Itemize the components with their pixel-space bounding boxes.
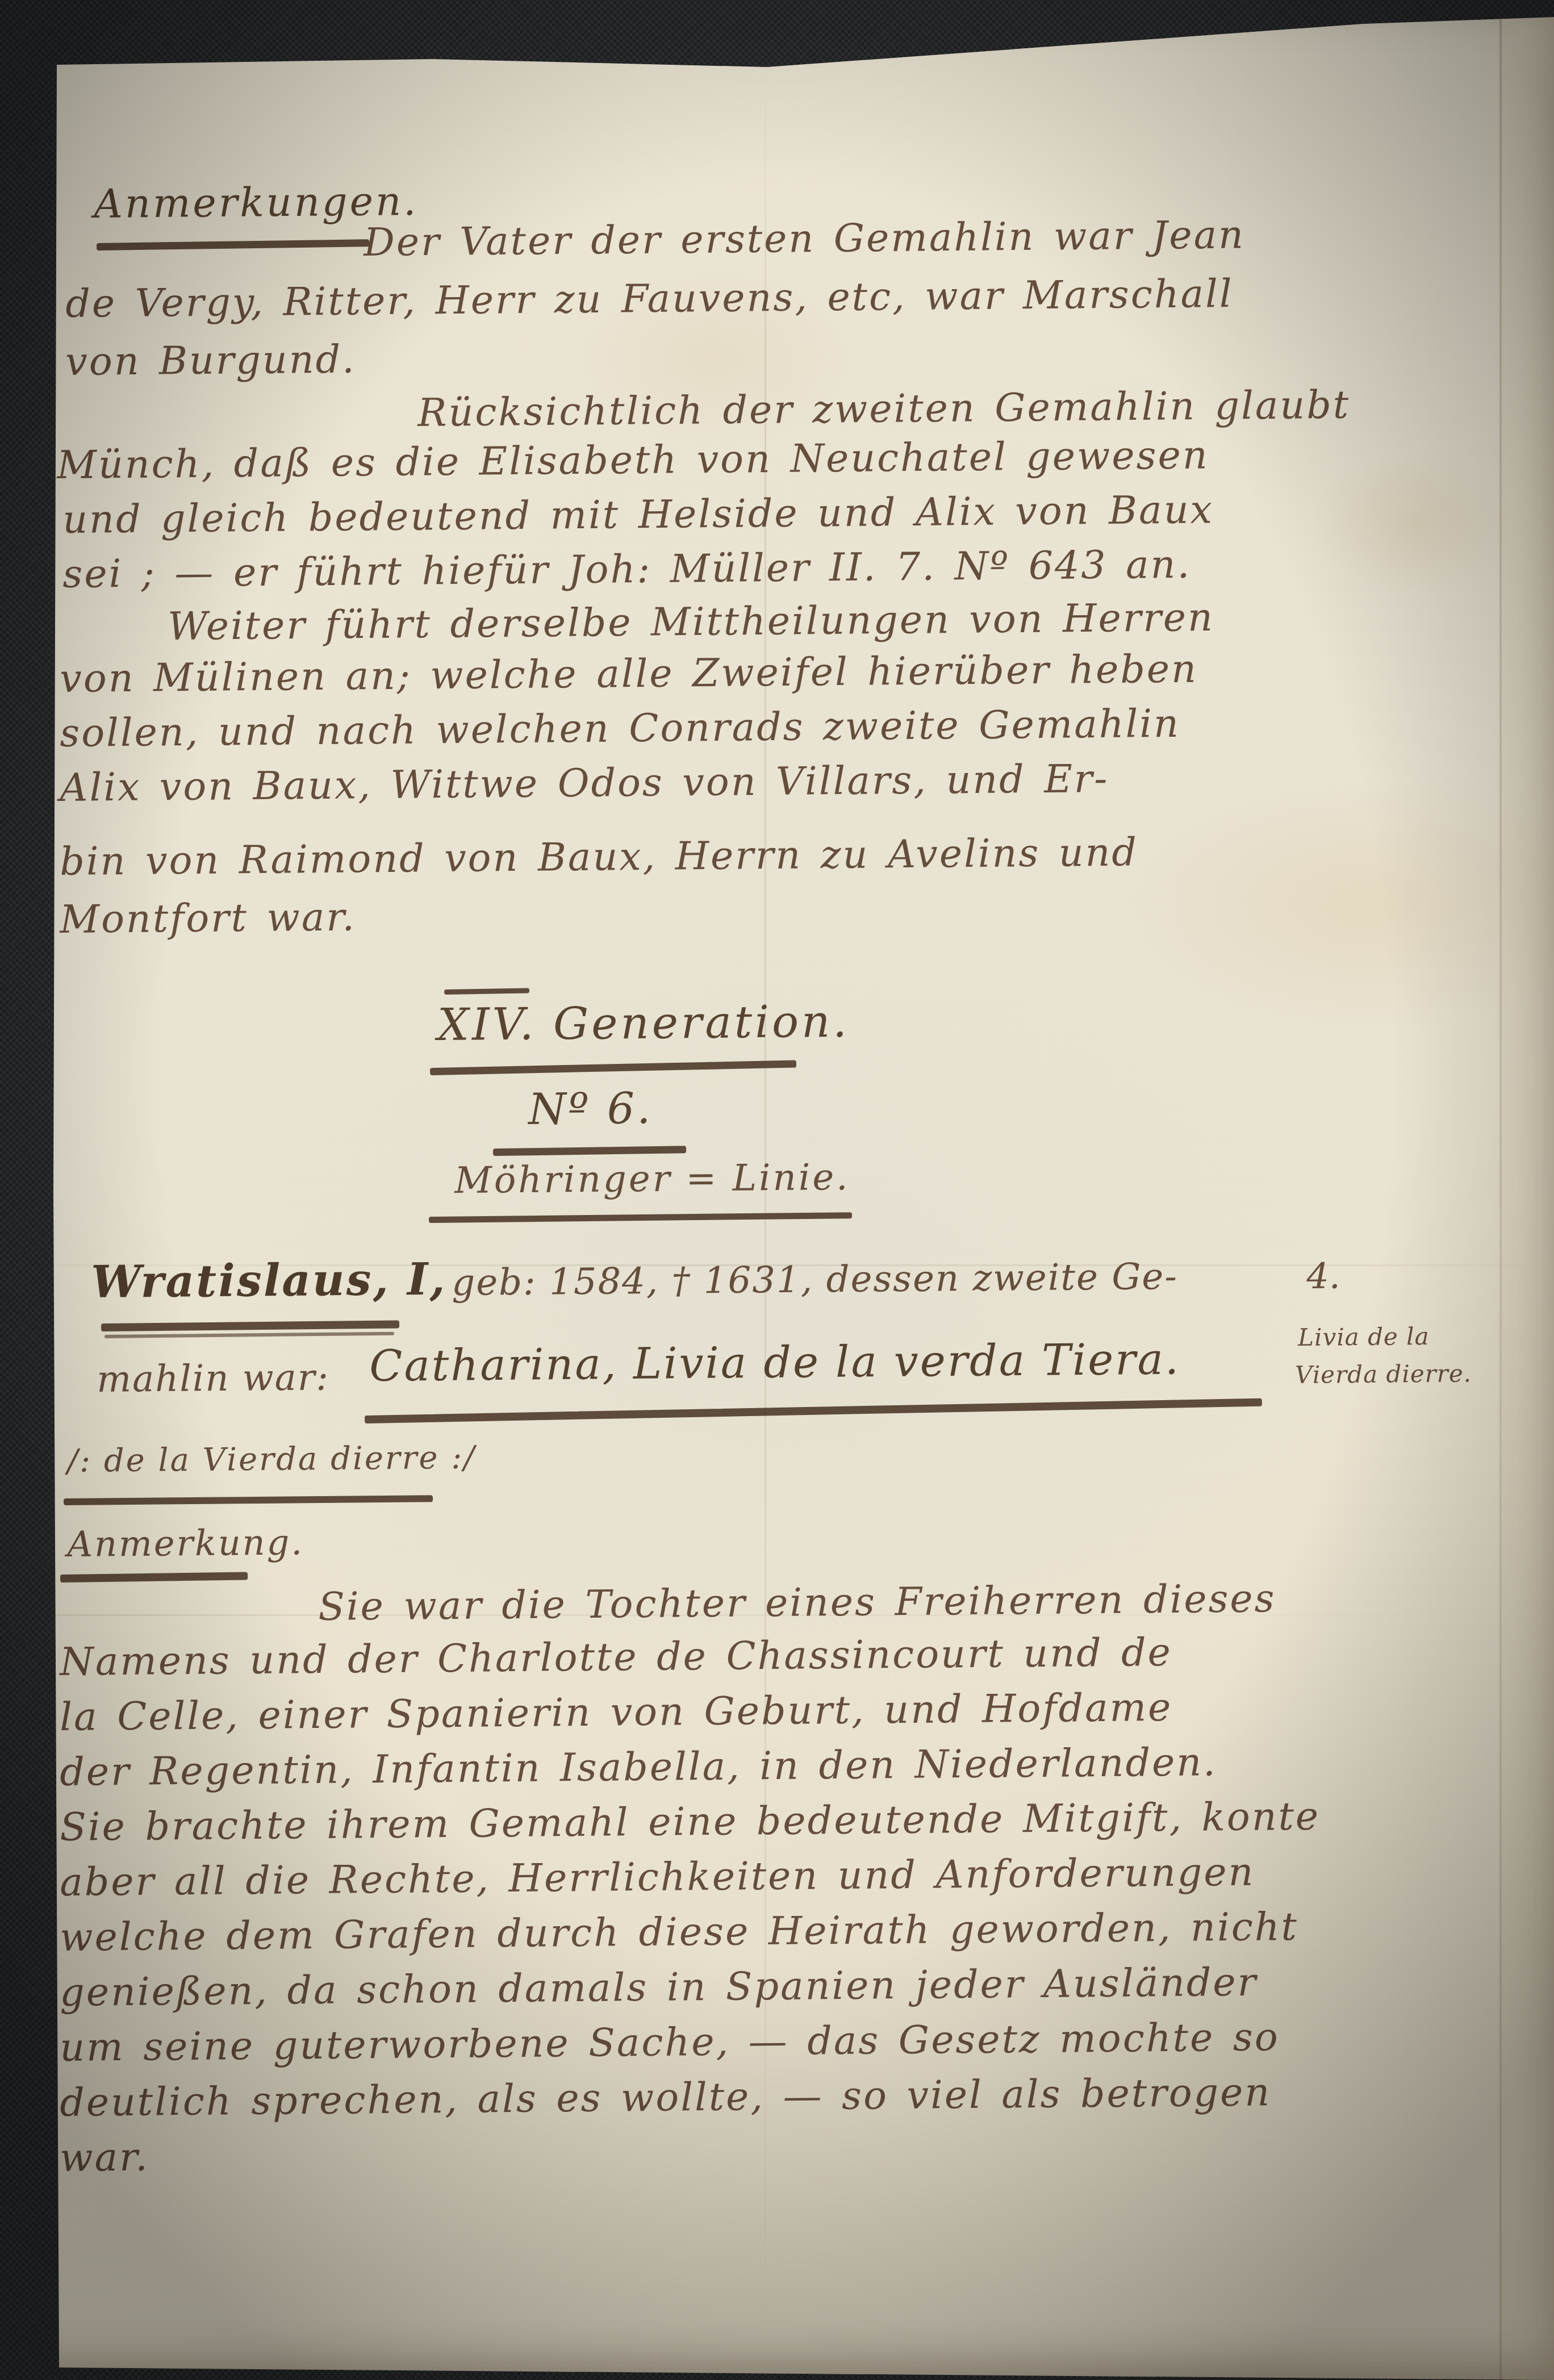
manuscript-line: von Mülinen an; welche alle Zweifel hier… <box>60 647 1198 702</box>
generation-word: Generation. <box>553 996 850 1050</box>
title-underline <box>97 239 369 250</box>
manuscript-line: deutlich sprechen, als es wollte, — so v… <box>60 2070 1272 2126</box>
variant-underline <box>64 1495 433 1505</box>
manuscript-line: la Celle, einer Spanierin von Geburt, un… <box>60 1685 1173 1740</box>
manuscript-line: der Regentin, Infantin Isabella, in den … <box>60 1740 1217 1795</box>
manuscript-line: Namens und der Charlotte de Chassincourt… <box>60 1630 1172 1685</box>
manuscript-line: sei ; — er führt hiefür Joh: Müller II. … <box>62 542 1191 597</box>
manuscript-line: Der Vater der ersten Gemahlin war Jean <box>364 212 1245 265</box>
entry-name: Wratislaus, I, <box>91 1254 447 1308</box>
annotation-title: Anmerkung. <box>67 1521 304 1565</box>
manuscript-line: genießen, da schon damals in Spanien jed… <box>60 1960 1258 2015</box>
generation-heading: XIV. Generation. <box>437 996 850 1051</box>
entry-dates: geb: 1584, † 1631, dessen zweite Ge- <box>452 1256 1178 1304</box>
manuscript-line: Sie war die Tochter eines Freiherren die… <box>318 1576 1276 1630</box>
manuscript-line: war. <box>60 2135 149 2181</box>
manuscript-line: Rücksichtlich der zweiten Gemahlin glaub… <box>417 383 1350 436</box>
manuscript-line: sollen, und nach welchen Conrads zweite … <box>60 702 1180 756</box>
entry-name-underline <box>101 1321 399 1331</box>
entry-name-underline-2 <box>105 1332 394 1338</box>
manuscript-line: Montfort war. <box>60 895 356 942</box>
manuscript-page: Anmerkungen. Der Vater der ersten Gemahl… <box>0 0 1554 2380</box>
generation-number: Nº 6. <box>528 1083 653 1134</box>
manuscript-line: Weiter führt derselbe Mittheilungen von … <box>168 595 1214 649</box>
margin-note-line: Livia de la <box>1298 1322 1430 1351</box>
right-fold-panel <box>1502 18 1554 2380</box>
entry-variant: /: de la Vierda dierre :/ <box>67 1439 476 1480</box>
branch-line-heading: Möhringer = Linie. <box>454 1156 850 1202</box>
manuscript-line: Alix von Baux, Wittwe Odos von Villars, … <box>60 757 1109 811</box>
manuscript-line: aber all die Rechte, Herrlichkeiten und … <box>60 1850 1255 1905</box>
number-underline <box>493 1146 686 1156</box>
annotation-underline <box>60 1572 248 1583</box>
manuscript-line: Sie brachte ihrem Gemahl eine bedeutende… <box>60 1794 1321 1850</box>
manuscript-line: bin von Raimond von Baux, Herrn zu Aveli… <box>60 830 1138 884</box>
manuscript-line: Münch, daß es die Elisabeth von Neuchate… <box>57 433 1209 488</box>
margin-note-line: Vierda dierre. <box>1295 1359 1472 1389</box>
right-fold-crease <box>1499 18 1502 2380</box>
entry-continuation: mahlin war: <box>97 1356 329 1401</box>
generation-underline <box>430 1060 796 1075</box>
manuscript-line: um seine guterworbene Sache, — das Geset… <box>60 2015 1280 2070</box>
manuscript-photo: Anmerkungen. Der Vater der ersten Gemahl… <box>0 0 1554 2380</box>
entry-spouse: Catharina, Livia de la verda Tiera. <box>369 1334 1180 1391</box>
branch-underline <box>429 1212 852 1223</box>
margin-number: 4. <box>1306 1255 1340 1297</box>
roman-numeral-overline <box>444 988 529 995</box>
spouse-underline <box>365 1398 1262 1423</box>
generation-roman: XIV. <box>437 999 537 1051</box>
manuscript-line: und gleich bedeutend mit Helside und Ali… <box>62 487 1214 542</box>
manuscript-line: von Burgund. <box>65 337 356 385</box>
manuscript-line: de Vergy, Ritter, Herr zu Fauvens, etc, … <box>65 272 1234 327</box>
manuscript-line: welche dem Grafen durch diese Heirath ge… <box>60 1905 1298 1960</box>
